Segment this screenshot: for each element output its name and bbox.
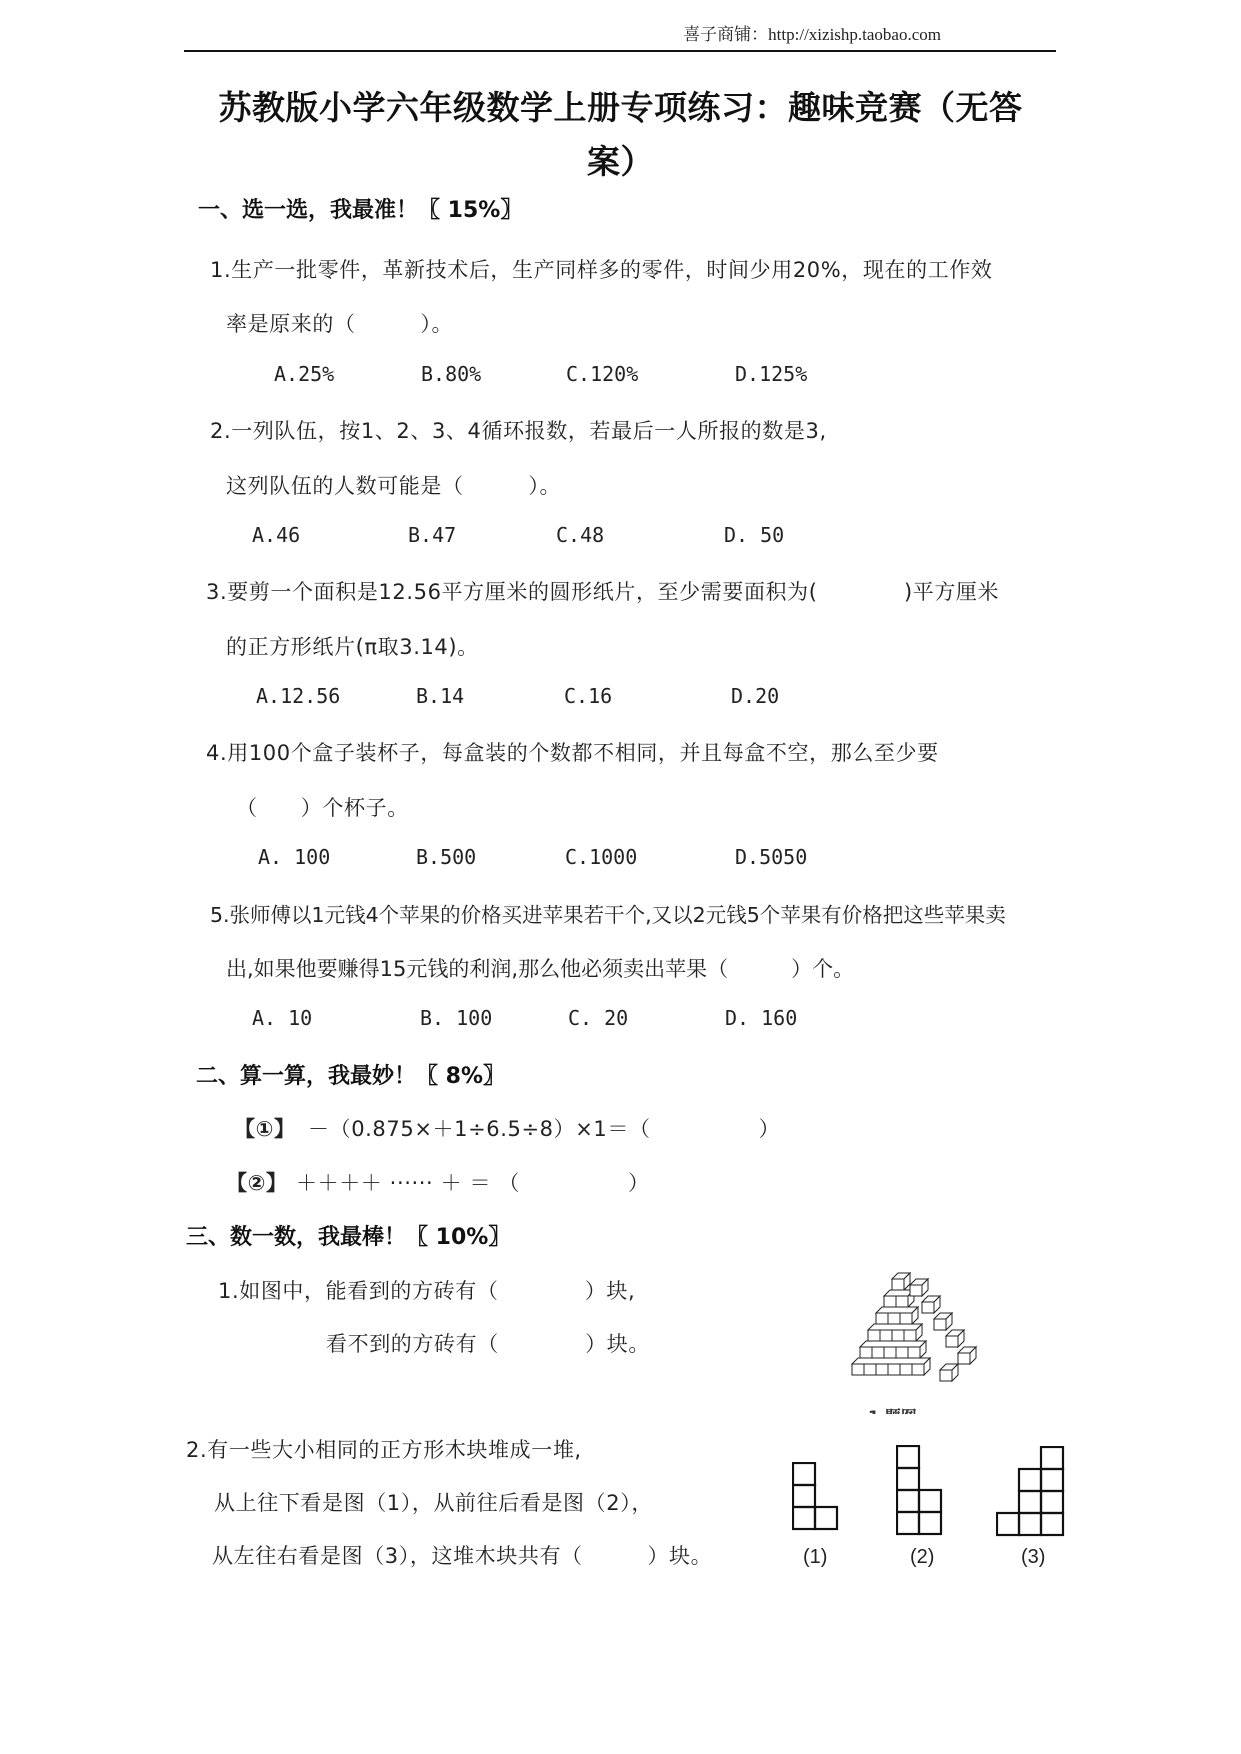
shop-header: 喜子商铺：http://xizishp.taobao.com [683, 20, 941, 45]
question-4-line2: （ ）个杯子。 [236, 792, 409, 822]
question-3-line1: 3.要剪一个面积是12.56平方厘米的圆形纸片，至少需要面积为( )平方厘米 [206, 576, 999, 606]
question-2-option-a: A.46 [252, 523, 300, 547]
question-2-option-b: B.47 [408, 523, 456, 547]
question-2-line2: 这列队伍的人数可能是（ ）。 [226, 470, 561, 500]
question-3-option-d: D.20 [731, 684, 779, 708]
view-figure-2-front [896, 1445, 946, 1537]
view-figure-3-side [996, 1446, 1066, 1538]
question-3-option-c: C.16 [564, 684, 612, 708]
cube-pyramid-figure [848, 1265, 988, 1395]
question-3-line2: 的正方形纸片(π取3.14)。 [226, 631, 479, 661]
page-title-line2: 案） [0, 136, 1241, 183]
question-5-option-d: D. 160 [725, 1006, 797, 1030]
question-4-option-a: A. 100 [258, 845, 330, 869]
pyramid-figure-caption: 1 题图 [868, 1406, 917, 1414]
question-1-option-b: B.80% [421, 362, 481, 386]
view-figure-2-label: (2) [910, 1546, 934, 1569]
question-2-option-d: D. 50 [724, 523, 784, 547]
question-3-option-a: A.12.56 [256, 684, 340, 708]
section-3-heading: 三、数一数，我最棒！〖 10%〗 [186, 1220, 510, 1251]
section-2-heading: 二、算一算，我最妙！〖 8%〗 [196, 1059, 505, 1090]
count-question-1-line1: 1.如图中，能看到的方砖有（ ）块, [218, 1275, 635, 1305]
calc-1-expression: －（0.875×＋1÷6.5÷8）×1＝（ ） [308, 1113, 780, 1143]
question-5-line2: 出,如果他要赚得15元钱的利润,那么他必须卖出苹果（ ）个。 [226, 953, 854, 983]
view-figure-1-top [792, 1462, 842, 1532]
question-4-line1: 4.用100个盒子装杯子，每盒装的个数都不相同，并且每盒不空，那么至少要 [206, 737, 939, 767]
question-1-option-c: C.120% [566, 362, 638, 386]
question-1-option-d: D.125% [735, 362, 807, 386]
section-1-heading: 一、选一选，我最准！〖 15%〗 [198, 193, 522, 224]
question-5-option-b: B. 100 [420, 1006, 492, 1030]
question-3-option-b: B.14 [416, 684, 464, 708]
view-figure-3-label: (3) [1021, 1546, 1045, 1569]
question-5-line1: 5.张师傅以1元钱4个苹果的价格买进苹果若干个,又以2元钱5个苹果有价格把这些苹… [210, 898, 1006, 928]
view-figure-1-label: (1) [803, 1546, 827, 1569]
count-question-1-line2: 看不到的方砖有（ ）块。 [326, 1328, 650, 1358]
count-question-2-line2: 从上往下看是图（1），从前往后看是图（2）， [214, 1487, 653, 1517]
calc-2-label: 【②】 [226, 1167, 288, 1197]
question-4-option-d: D.5050 [735, 845, 807, 869]
question-1-line1: 1.生产一批零件，革新技术后，生产同样多的零件，时间少用20%，现在的工作效 [210, 254, 993, 284]
calc-2-expression: ＋＋＋＋ ······ ＋ ＝ （ ） [296, 1167, 650, 1197]
count-question-2-line1: 2.有一些大小相同的正方形木块堆成一堆, [186, 1434, 582, 1464]
calc-1-label: 【①】 [234, 1113, 296, 1143]
question-2-option-c: C.48 [556, 523, 604, 547]
question-5-option-a: A. 10 [252, 1006, 312, 1030]
header-divider [184, 50, 1056, 52]
question-1-line2: 率是原来的（ ）。 [226, 308, 453, 338]
question-2-line1: 2.一列队伍，按1、2、3、4循环报数，若最后一人所报的数是3, [210, 415, 827, 445]
question-5-option-c: C. 20 [568, 1006, 628, 1030]
question-4-option-b: B.500 [416, 845, 476, 869]
page-title-line1: 苏教版小学六年级数学上册专项练习：趣味竞赛（无答 [0, 82, 1241, 129]
question-1-option-a: A.25% [274, 362, 334, 386]
count-question-2-line3: 从左往右看是图（3），这堆木块共有（ ）块。 [212, 1540, 712, 1570]
question-4-option-c: C.1000 [565, 845, 637, 869]
